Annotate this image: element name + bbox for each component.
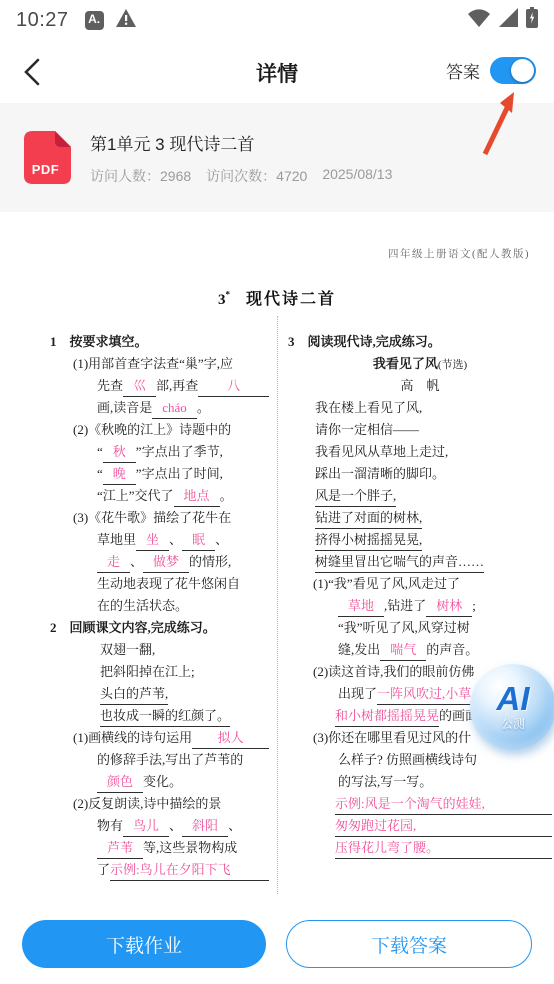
answer-toggle-label: 答案 (446, 58, 480, 83)
doc-text: 等,这些景物构成 (143, 837, 237, 858)
answer-text: 做梦 (143, 551, 189, 573)
file-visits: 访问次数：4720 (206, 166, 307, 186)
doc-text: 把斜阳掉在江上; (100, 661, 195, 682)
answer-text: 坐 (136, 529, 169, 551)
doc-line: 风是一个胖子, (288, 485, 552, 507)
file-date: 2025/08/13 (322, 166, 392, 186)
doc-line: 草地里坐、眠、 (50, 529, 269, 551)
answer-text: 喘气 (380, 639, 426, 661)
doc-text: (2)读这首诗,我们的眼前仿佛 (313, 661, 474, 682)
file-title: 第1单元 3 现代诗二首 (90, 130, 392, 155)
doc-text: 物有 (97, 815, 123, 836)
doc-line: 芦苇等,这些景物构成 (50, 837, 269, 859)
doc-line: “晚”字点出了时间, (50, 463, 269, 485)
answer-text: 树林 (426, 595, 472, 617)
doc-text: (3)你还在哪里看见过风的什 (313, 727, 471, 748)
doc-line: 请你一定相信—— (288, 419, 552, 441)
lesson-name: 现代诗二首 (246, 291, 336, 308)
doc-text: 在的生活状态。 (97, 595, 188, 616)
column-divider (277, 316, 278, 894)
doc-line: 先查巛部,再查八 (50, 375, 269, 397)
battery-icon (526, 7, 538, 33)
doc-text: 踩出一溜清晰的脚印。 (315, 463, 445, 484)
doc-text: 、 (169, 815, 182, 836)
doc-text: 挤得小树摇摇晃晃, (315, 529, 422, 551)
answer-text: 匆匆跑过花园, (335, 815, 552, 837)
doc-line: 生动地表现了花牛悠闲自 (50, 573, 269, 595)
doc-text: 么样子? 仿照画横线诗句 (338, 749, 477, 770)
doc-text: “江上”交代了 (97, 485, 174, 506)
pdf-icon: PDF (24, 131, 71, 184)
doc-text: 部,再查 (156, 375, 198, 396)
doc-text: (2)《秋晚的江上》诗题中的 (73, 419, 231, 440)
answer-text: 斜阳 (182, 815, 228, 837)
doc-text: 双翅一翻, (100, 639, 155, 660)
a-badge-icon: A. (85, 11, 104, 30)
doc-text: (3)《花牛歌》描绘了花牛在 (73, 507, 231, 528)
doc-text: 、 (228, 815, 241, 836)
answer-text: 拟人 (192, 727, 269, 749)
answer-text: 晚 (103, 463, 136, 485)
doc-line: 我在楼上看见了风, (288, 397, 552, 419)
answer-text: 芦苇 (97, 837, 143, 859)
document-column-left: 1 按要求填空。(1)用部首查字法查“巢”字,应先查巛部,再查八画,读音是chá… (50, 331, 269, 881)
ai-badge-sublabel: 公测 (501, 715, 525, 732)
document-preview[interactable]: 四年级上册语文(配人教版) 3*现代诗二首 1 按要求填空。(1)用部首查字法查… (0, 212, 554, 904)
answer-text: 眠 (182, 529, 215, 551)
doc-text: (1)“我”看见了风,风走过了 (313, 573, 460, 594)
doc-text: 、 (130, 551, 143, 572)
file-visitors: 访问人数：2968 (90, 166, 191, 186)
doc-text: “我”听见了风,风穿过树 (338, 617, 470, 638)
doc-line: “江上”交代了地点。 (50, 485, 269, 507)
answer-text: 鸟儿 (123, 815, 169, 837)
answer-text: 和小树都摇摇晃晃 (335, 705, 439, 727)
doc-text: ; (472, 595, 476, 616)
doc-text: 的写法,写一写。 (338, 771, 432, 792)
answer-toggle[interactable] (490, 57, 536, 84)
doc-line: 挤得小树摇摇晃晃, (288, 529, 552, 551)
doc-text: ,钻进了 (384, 595, 426, 616)
signal-icon (498, 8, 519, 32)
footer-bar: 下载作业 下载答案 (0, 904, 554, 984)
answer-text: 示例:鸟儿在夕阳下飞 (110, 859, 269, 881)
doc-line: 了示例:鸟儿在夕阳下飞 (50, 859, 269, 881)
document-column-right: 3 阅读现代诗,完成练习。我看见了风(节选)高 帆我在楼上看见了风,请你一定相信… (288, 331, 552, 859)
doc-line: 示例:风是一个淘气的娃娃, (288, 793, 552, 815)
doc-text: (节选) (438, 355, 467, 376)
doc-text: 的情形, (189, 551, 231, 572)
doc-line: 匆匆跑过花园, (288, 815, 552, 837)
doc-line: 我看见了风(节选) (288, 353, 552, 375)
edition-note: 四年级上册语文(配人教版) (388, 246, 530, 261)
answer-text: 压得花儿弯了腰。 (335, 837, 552, 859)
doc-line: 3 阅读现代诗,完成练习。 (288, 331, 552, 353)
doc-text: 的声音。 (426, 639, 478, 660)
doc-text: 缝,发出 (338, 639, 380, 660)
wifi-icon (467, 8, 491, 32)
doc-line: 也妆成一瞬的红颜了。 (50, 705, 269, 727)
doc-line: (1)“我”看见了风,风走过了 (288, 573, 552, 595)
doc-line: 缝,发出喘气的声音。 (288, 639, 552, 661)
lesson-title: 3*现代诗二首 (0, 286, 554, 309)
doc-text: 钻进了对面的树林, (315, 507, 422, 529)
answer-text: 秋 (103, 441, 136, 463)
doc-line: (1)用部首查字法查“巢”字,应 (50, 353, 269, 375)
doc-line: (1)画横线的诗句运用拟人 (50, 727, 269, 749)
doc-line: 物有鸟儿、斜阳、 (50, 815, 269, 837)
doc-text: ”字点出了季节, (136, 441, 223, 462)
doc-line: 走、做梦的情形, (50, 551, 269, 573)
doc-text: (1)用部首查字法查“巢”字,应 (73, 353, 233, 374)
doc-line: (3)《花牛歌》描绘了花牛在 (50, 507, 269, 529)
answer-text: cháo (152, 397, 197, 419)
doc-text: ”字点出了时间, (136, 463, 223, 484)
doc-text: 、 (215, 529, 228, 550)
doc-text: 先查 (97, 375, 123, 396)
file-stats: 访问人数：2968 访问次数：4720 2025/08/13 (90, 166, 392, 186)
clock: 10:27 (16, 9, 69, 32)
answer-text: 颜色 (97, 771, 143, 793)
doc-text: 也妆成一瞬的红颜了。 (100, 705, 230, 727)
file-card: PDF 第1单元 3 现代诗二首 访问人数：2968 访问次数：4720 202… (0, 103, 554, 212)
doc-line: (2)《秋晚的江上》诗题中的 (50, 419, 269, 441)
doc-line: 高 帆 (288, 375, 552, 397)
pdf-icon-label: PDF (24, 162, 67, 177)
doc-line: 的修辞手法,写出了芦苇的 (50, 749, 269, 771)
answer-text: 地点 (174, 485, 220, 507)
doc-line: 头白的芦苇, (50, 683, 269, 705)
doc-line: 树缝里冒出它喘气的声音…… (288, 551, 552, 573)
doc-text: 我看见了风 (373, 353, 438, 374)
doc-text: 了 (97, 859, 110, 880)
answer-text: 草地 (338, 595, 384, 617)
doc-text: 我看见风从草地上走过, (315, 441, 448, 462)
doc-line: 颜色变化。 (50, 771, 269, 793)
doc-line: 双翅一翻, (50, 639, 269, 661)
ai-beta-badge[interactable]: AI 公测 (470, 664, 554, 750)
doc-text: 画,读音是 (97, 397, 152, 418)
header: 详情 答案 (0, 40, 554, 103)
doc-line: 把斜阳掉在江上; (50, 661, 269, 683)
doc-text: 请你一定相信—— (315, 419, 419, 440)
doc-text: 出现了 (338, 683, 377, 704)
doc-line: 么样子? 仿照画横线诗句 (288, 749, 552, 771)
answer-text: 示例:风是一个淘气的娃娃, (335, 793, 552, 815)
ai-badge-label: AI (497, 682, 530, 715)
doc-line: 我看见风从草地上走过, (288, 441, 552, 463)
doc-text: 、 (169, 529, 182, 550)
doc-text: 头白的芦苇, (100, 683, 168, 705)
doc-text: (1)画横线的诗句运用 (73, 727, 192, 748)
doc-text: 。 (197, 397, 210, 418)
annotation-arrow-icon (477, 88, 523, 163)
doc-text: 1 按要求填空。 (50, 331, 148, 352)
doc-line: 草地,钻进了树林; (288, 595, 552, 617)
doc-text: (2)反复朗读,诗中描绘的景 (73, 793, 221, 814)
answer-text: 八 (198, 375, 269, 397)
lesson-star: * (225, 290, 230, 300)
doc-text: 3 阅读现代诗,完成练习。 (288, 331, 441, 352)
doc-line: 在的生活状态。 (50, 595, 269, 617)
doc-text: 风是一个胖子, (315, 485, 396, 507)
doc-line: 踩出一溜清晰的脚印。 (288, 463, 552, 485)
doc-text: 。 (220, 485, 233, 506)
download-homework-button[interactable]: 下载作业 (22, 920, 266, 968)
doc-text: 生动地表现了花牛悠闲自 (97, 573, 240, 594)
doc-text: 2 回顾课文内容,完成练习。 (50, 617, 216, 638)
doc-line: “我”听见了风,风穿过树 (288, 617, 552, 639)
doc-line: (2)反复朗读,诗中描绘的景 (50, 793, 269, 815)
doc-text: 的修辞手法,写出了芦苇的 (97, 749, 243, 770)
doc-text: 我在楼上看见了风, (315, 397, 422, 418)
doc-line: 1 按要求填空。 (50, 331, 269, 353)
doc-line: 2 回顾课文内容,完成练习。 (50, 617, 269, 639)
doc-line: “秋”字点出了季节, (50, 441, 269, 463)
answer-text: 巛 (123, 375, 156, 397)
doc-text: 树缝里冒出它喘气的声音…… (315, 551, 484, 573)
doc-text: 草地里 (97, 529, 136, 550)
toggle-knob (511, 59, 534, 82)
doc-line: 压得花儿弯了腰。 (288, 837, 552, 859)
doc-line: 钻进了对面的树林, (288, 507, 552, 529)
doc-line: 的写法,写一写。 (288, 771, 552, 793)
status-bar: 10:27 A. (0, 0, 554, 40)
app-screen: 10:27 A. 详情 答案 (0, 0, 554, 984)
doc-text: 变化。 (143, 771, 182, 792)
answer-text: 走 (97, 551, 130, 573)
warning-icon (115, 8, 137, 33)
doc-line: 画,读音是cháo。 (50, 397, 269, 419)
doc-text: 高 帆 (400, 375, 439, 396)
download-answer-button[interactable]: 下载答案 (286, 920, 532, 968)
